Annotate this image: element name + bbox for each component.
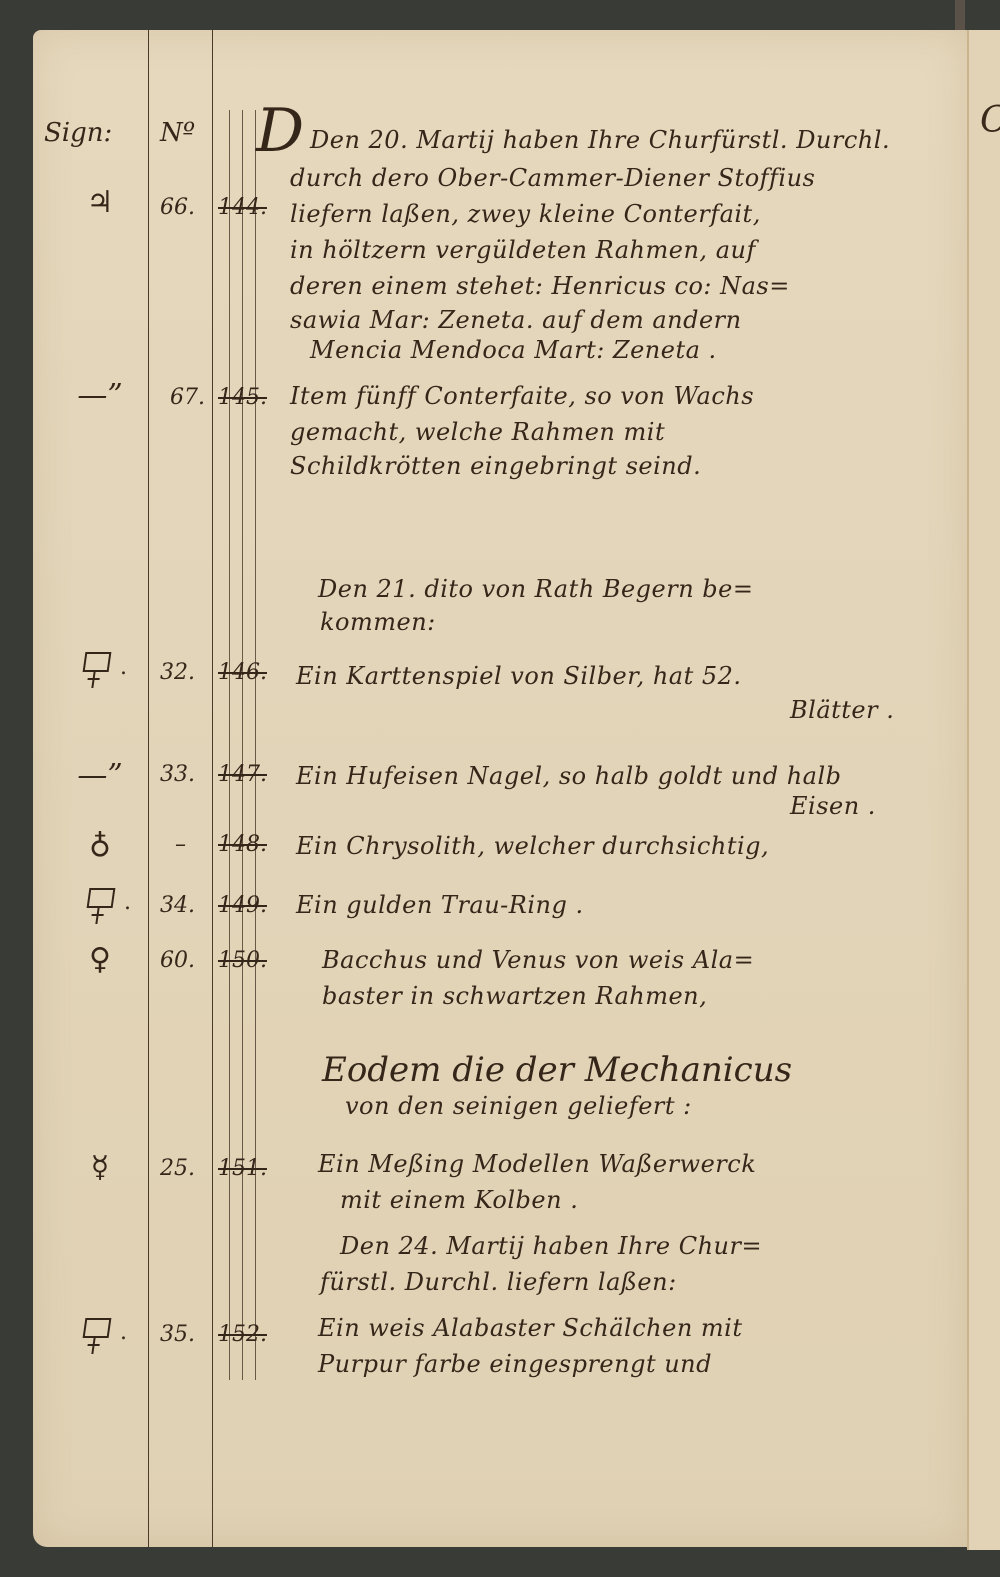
old-number: 150. [218, 948, 267, 973]
date-heading: von den seinigen geliefert : [345, 1092, 692, 1120]
entry-line: Ein gulden Trau-Ring . [296, 891, 584, 919]
old-number: 151. [218, 1156, 267, 1181]
entry-line: Ein Meßing Modellen Waßerwerck [318, 1150, 756, 1178]
entry-line: Item fünff Conterfaite, so von Wachs [290, 382, 754, 410]
facing-page-letter: C [980, 100, 1000, 141]
box-cross-icon [83, 1318, 112, 1338]
header-sign: Sign: [44, 118, 112, 148]
entry-line: mit einem Kolben . [340, 1186, 578, 1214]
entry-line: baster in schwartzen Rahmen, [322, 982, 707, 1010]
date-heading: Eodem die der Mechanicus [322, 1050, 792, 1090]
entry-line: Ein Hufeisen Nagel, so halb goldt und ha… [296, 762, 842, 790]
entry-number: 67. [170, 385, 205, 410]
entry-number: 33. [160, 762, 195, 787]
date-heading: fürstl. Durchl. liefern laßen: [320, 1268, 677, 1296]
entry-number: 34. [160, 893, 195, 918]
date-heading: Den 24. Martij haben Ihre Chur= [340, 1232, 762, 1260]
entry-line: Purpur farbe eingesprengt und [318, 1350, 712, 1378]
mercury-icon: ☿ [60, 1150, 140, 1185]
entry-number: – [175, 832, 186, 857]
ditto-mark: —” [60, 378, 140, 413]
date-heading: kommen: [320, 608, 436, 636]
entry-line: durch dero Ober-Cammer-Diener Stoffius [290, 164, 815, 192]
column-rule [229, 110, 230, 1380]
entry-line: Eisen . [790, 792, 876, 820]
dot: . [120, 655, 127, 680]
dot: . [124, 890, 131, 915]
entry-line: in höltzern vergüldeten Rahmen, auf [290, 236, 756, 264]
header-number: Nº [160, 118, 195, 148]
column-rule [148, 30, 149, 1547]
entry-number: 66. [160, 195, 195, 220]
column-rule [255, 110, 256, 1380]
entry-number: 32. [160, 660, 195, 685]
entry-line: Bacchus und Venus von weis Ala= [322, 946, 754, 974]
drop-initial: D [256, 96, 304, 166]
dot: . [120, 1320, 127, 1345]
entry-line: Blätter . [790, 696, 894, 724]
entry-number: 35. [160, 1322, 195, 1347]
entry-line: deren einem stehet: Henricus co: Nas= [290, 272, 790, 300]
entry-line: liefern laßen, zwey kleine Conterfait, [290, 200, 761, 228]
venus-icon: ♀ [60, 942, 140, 977]
entry-number: 25. [160, 1156, 195, 1181]
old-number: 145. [218, 385, 267, 410]
old-number: 152. [218, 1322, 267, 1347]
entry-line: Ein Karttenspiel von Silber, hat 52. [296, 662, 742, 690]
old-number: 149. [218, 893, 267, 918]
entry-line: gemacht, welche Rahmen mit [290, 418, 665, 446]
old-number: 146. [218, 660, 267, 685]
entry-line: Ein weis Alabaster Schälchen mit [318, 1314, 743, 1342]
column-rule [212, 30, 213, 1547]
old-number: 147. [218, 762, 267, 787]
entry-line: sawia Mar: Zeneta. auf dem andern [290, 306, 742, 334]
entry-line: Ein Chrysolith, welcher durchsichtig, [296, 832, 769, 860]
entry-line: Mencia Mendoca Mart: Zeneta . [310, 336, 717, 364]
column-rule [242, 110, 243, 1380]
facing-page-edge [967, 30, 1000, 1550]
ditto-mark: —” [60, 758, 140, 793]
box-cross-icon [87, 888, 116, 908]
jupiter-icon: ♃ [60, 185, 140, 220]
binding-strip [955, 0, 965, 30]
old-number: 148. [218, 832, 267, 857]
entry-number: 60. [160, 948, 195, 973]
entry-line: Den 20. Martij haben Ihre Churfürstl. Du… [310, 126, 890, 154]
entry-line: Schildkrötten eingebringt seind. [290, 452, 701, 480]
old-number: 144. [218, 195, 267, 220]
date-heading: Den 21. dito von Rath Begern be= [318, 575, 753, 603]
earth-antimony-icon: ♁ [60, 826, 140, 861]
box-cross-icon [83, 652, 112, 672]
